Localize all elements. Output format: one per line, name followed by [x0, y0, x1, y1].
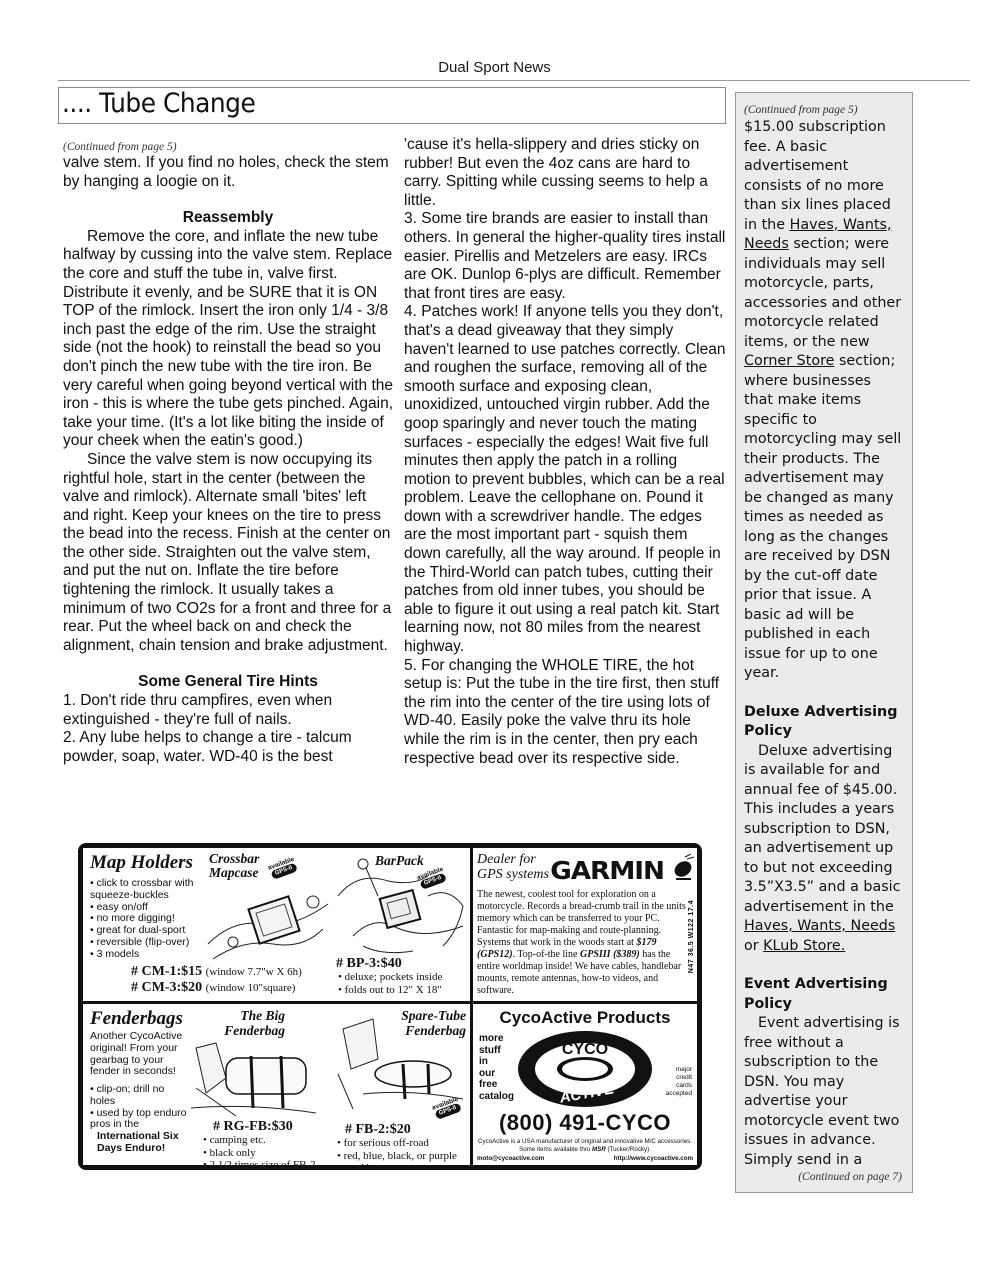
sku-bp-3: # BP-3:$40 [336, 956, 402, 972]
satellite-dish-icon [671, 854, 695, 882]
sku-cm-3: # CM-3:$20 (window 10"square) [131, 980, 295, 996]
website-link[interactable]: http://www.cycoactive.com [614, 1155, 693, 1162]
ad-map-holders-panel: Map Holders Crossbar Mapcase availableGP… [83, 848, 470, 1001]
fenderbags-intro: Another CycoActive original! From your g… [90, 1031, 190, 1078]
garmin-dealer-title: Dealer for GPS systems [477, 852, 549, 882]
paragraph: valve stem. If you find no holes, check … [63, 154, 393, 191]
cycoactive-advertisement: Map Holders Crossbar Mapcase availableGP… [78, 843, 702, 1170]
hint-item: 4. Patches work! If anyone tells you the… [404, 303, 726, 656]
credit-cards-note: major credit cards accepted [666, 1066, 692, 1098]
spare-tube-fenderbag-features: for serious off-road red, blue, black, o… [337, 1137, 457, 1165]
article-title: .... Tube Change [62, 88, 255, 119]
catalog-note: more stuff in our free catalog [479, 1033, 514, 1102]
hint-item: 1. Don't ride thru campfires, even when … [63, 692, 393, 729]
barpack-features: deluxe; pockets inside folds out to 12" … [338, 971, 442, 996]
deluxe-paragraph: Deluxe advertising is available for and … [744, 742, 904, 957]
cycoactive-title: CycoActive Products [473, 1008, 697, 1028]
paragraph: Since the valve stem is now occupying it… [63, 451, 393, 656]
barpack-illustration-icon [333, 856, 468, 964]
sku-cm-1: # CM-1:$15 (window 7.7"w X 6h) [131, 964, 302, 980]
sku-fb-2: # FB-2:$20 [345, 1122, 411, 1138]
ad-garmin-panel: Dealer for GPS systems GARMIN The newest… [473, 848, 697, 1001]
article-column-left: (Continued from page 5) valve stem. If y… [63, 140, 393, 766]
text: Deluxe advertising is available for and … [744, 743, 901, 915]
svg-text:CYCO: CYCO [562, 1041, 608, 1058]
basic-ad-paragraph: $15.00 subscription fee. A basic adverti… [744, 118, 904, 684]
link-haves-wants-needs[interactable]: Haves, Wants, Needs [744, 918, 895, 934]
section-heading-tire-hints: Some General Tire Hints [63, 673, 393, 692]
ad-fenderbags-panel: Fenderbags Another CycoActive original! … [83, 1004, 470, 1165]
continued-from-label: (Continued from page 5) [63, 140, 393, 154]
sku-rg-fb: # RG-FB:$30 [213, 1119, 293, 1135]
hint-item: 2. Any lube helps to change a tire - tal… [63, 729, 393, 766]
header-rule [58, 80, 970, 81]
fenderbags-title: Fenderbags [90, 1008, 183, 1030]
paragraph: Remove the core, and inflate the new tub… [63, 228, 393, 451]
event-heading: Event Advertising Policy [744, 975, 904, 1014]
article-title-box: .... Tube Change [58, 87, 726, 124]
text: or [744, 938, 763, 954]
link-corner-store[interactable]: Corner Store [744, 353, 834, 369]
deluxe-heading: Deluxe Advertising Policy [744, 703, 904, 742]
big-fenderbag-illustration-icon [191, 1038, 316, 1118]
big-fenderbag-features: camping etc. black only 2 1/2 times size… [203, 1134, 316, 1165]
mapcase-illustration-icon [203, 884, 333, 964]
phone-number[interactable]: (800) 491-CYCO [473, 1110, 697, 1136]
article-column-middle: 'cause it's hella-slippery and dries sti… [404, 136, 726, 768]
hint-item: 5. For changing the WHOLE TIRE, the hot … [404, 657, 726, 769]
gps-coordinates: N47 36.5 W122 17.4 [688, 900, 695, 973]
cycoactive-logo: CYCO ACTIVE [515, 1028, 655, 1110]
link-klub-store[interactable]: KLub Store. [763, 938, 845, 954]
running-head: Dual Sport News [0, 59, 989, 76]
garmin-logo: GARMIN [550, 856, 664, 885]
email-link[interactable]: moto@cycoactive.com [477, 1155, 544, 1162]
advertising-policy-sidebar: (Continued from page 5) $15.00 subscript… [735, 92, 913, 1193]
manufacturer-note: CycoActive is a USA manufacturer of orig… [477, 1138, 693, 1153]
fenderbags-features: clip-on; drill no holes used by top endu… [90, 1084, 190, 1155]
text: section; were individuals may sell motor… [744, 236, 901, 350]
hint-item: 3. Some tire brands are easier to instal… [404, 210, 726, 303]
garmin-description: The newest, coolest tool for exploration… [477, 889, 695, 997]
text: $15.00 subscription fee. A basic adverti… [744, 119, 891, 233]
event-paragraph: Event advertising is free without a subs… [744, 1014, 904, 1170]
spare-tube-fenderbag-illustration-icon [333, 1014, 463, 1114]
text: section; where businesses that make item… [744, 353, 901, 681]
continued-from-label: (Continued from page 5) [744, 103, 904, 117]
section-heading-reassembly: Reassembly [63, 209, 393, 228]
big-fenderbag-title: The Big Fenderbag [205, 1008, 285, 1038]
ad-cycoactive-panel: CycoActive Products more stuff in our fr… [473, 1004, 697, 1165]
map-holders-title: Map Holders [90, 852, 193, 874]
map-holders-features: click to crossbar with squeeze-buckles e… [90, 878, 215, 961]
continued-on-label: (Continued on page 7) [744, 1170, 904, 1184]
paragraph: 'cause it's hella-slippery and dries sti… [404, 136, 726, 210]
